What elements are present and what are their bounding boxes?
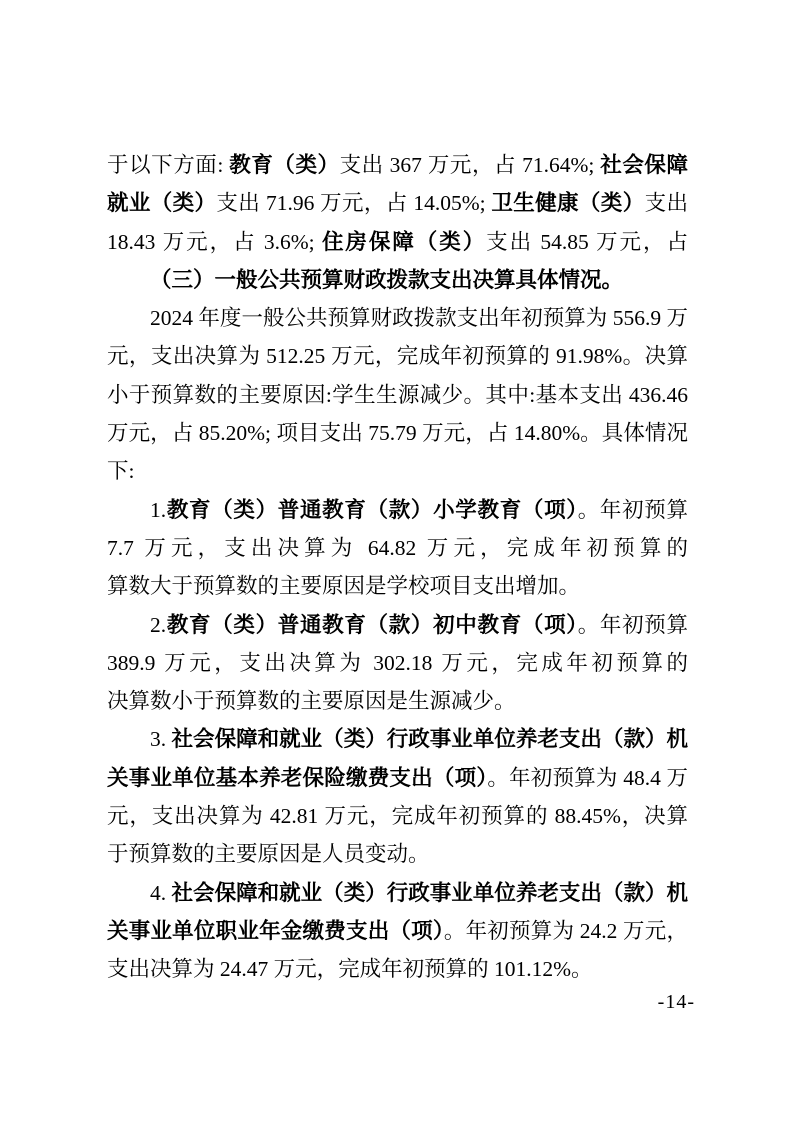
text-segment: 389.9 万元，支出决算为 302.18 万元，完成年初预算的 77.50%，	[107, 651, 688, 682]
text-line: 于预算数的主要原因是人员变动。	[107, 835, 688, 873]
text-segment-bold: 关事业单位基本养老保险缴费支出（项）	[107, 766, 487, 790]
text-line: 下:	[107, 452, 688, 490]
text-segment: 支出决算为 24.47 万元，完成年初预算的 101.12%。	[107, 957, 593, 981]
text-segment-bold: 教育（类）	[229, 153, 339, 177]
text-segment: 2024 年度一般公共预算财政拨款支出年初预算为 556.9 万	[150, 306, 688, 330]
document-body: 于以下方面: 教育（类）支出 367 万元，占 71.64%; 社会保障和 就业…	[107, 146, 688, 989]
text-line: 于以下方面: 教育（类）支出 367 万元，占 71.64%; 社会保障和	[107, 146, 688, 184]
text-segment: 万元，占 85.20%; 项目支出 75.79 万元，占 14.80%。具体情况…	[107, 421, 688, 452]
text-line: 元，支出决算为 512.25 万元，完成年初预算的 91.98%。决算数	[107, 337, 688, 375]
text-segment: 。年初预算为 48.4 万	[487, 766, 688, 790]
text-segment-bold: 社会保障和就业（类）行政事业单位养老支出（款）机	[172, 727, 688, 751]
page-number: -14-	[658, 991, 695, 1014]
text-segment-bold: 教育（类）普通教育（款）初中教育（项）	[166, 613, 578, 637]
text-line: 就业（类）支出 71.96 万元，占 14.05%; 卫生健康（类）支出	[107, 184, 688, 222]
text-segment: 决算数小于预算数的主要原因是生源减少。	[107, 689, 516, 713]
text-segment-bold: （三）一般公共预算财政拨款支出决算具体情况。	[150, 268, 623, 292]
text-segment: 支出	[645, 191, 688, 215]
section-heading: （三）一般公共预算财政拨款支出决算具体情况。	[107, 261, 688, 299]
list-item-3: 3. 社会保障和就业（类）行政事业单位养老支出（款）机	[107, 720, 688, 758]
text-line: 决算数小于预算数的主要原因是生源减少。	[107, 682, 688, 720]
text-segment: 2.	[150, 613, 166, 637]
list-item-2: 2.教育（类）普通教育（款）初中教育（项）。年初预算为	[107, 606, 688, 644]
text-segment: 于以下方面:	[107, 153, 229, 177]
text-segment: 支出 71.96 万元，占 14.05%;	[216, 191, 491, 215]
document-page: 于以下方面: 教育（类）支出 367 万元，占 71.64%; 社会保障和 就业…	[0, 0, 793, 1122]
text-line: 18.43 万元，占 3.6%; 住房保障（类）支出 54.85 万元，占 10…	[107, 223, 688, 261]
text-segment: 支出 367 万元，占 71.64%;	[340, 153, 601, 177]
text-line: 元，支出决算为 42.81 万元，完成年初预算的 88.45%，决算数小	[107, 797, 688, 835]
text-segment: 下:	[107, 459, 134, 483]
text-segment: 4.	[150, 881, 172, 905]
text-segment: 3.	[150, 727, 172, 751]
text-line: 2024 年度一般公共预算财政拨款支出年初预算为 556.9 万	[107, 299, 688, 337]
text-segment: 18.43 万元，占 3.6%;	[107, 230, 322, 254]
text-line: 支出决算为 24.47 万元，完成年初预算的 101.12%。	[107, 950, 688, 988]
text-segment-bold: 住房保障（类）	[322, 230, 486, 254]
text-segment-bold: 教育（类）普通教育（款）小学教育（项）	[166, 498, 578, 522]
text-segment: 。年初预算为 24.2 万元，	[444, 919, 688, 943]
text-segment: 7.7 万元，支出决算为 64.82 万元，完成年初预算的 841.82%，决	[107, 536, 688, 567]
text-line: 小于预算数的主要原因:学生生源减少。其中:基本支出 436.46	[107, 376, 688, 414]
text-segment: 元，支出决算为 512.25 万元，完成年初预算的 91.98%。决算数	[107, 344, 688, 375]
text-segment-bold: 就业（类）	[107, 191, 216, 215]
text-line: 万元，占 85.20%; 项目支出 75.79 万元，占 14.80%。具体情况…	[107, 414, 688, 452]
text-line: 关事业单位职业年金缴费支出（项）。年初预算为 24.2 万元，	[107, 912, 688, 950]
text-line: 算数大于预算数的主要原因是学校项目支出增加。	[107, 567, 688, 605]
text-segment: 1.	[150, 498, 166, 522]
text-line: 389.9 万元，支出决算为 302.18 万元，完成年初预算的 77.50%，	[107, 644, 688, 682]
text-segment: 于预算数的主要原因是人员变动。	[107, 842, 430, 866]
text-segment: 算数大于预算数的主要原因是学校项目支出增加。	[107, 574, 580, 598]
text-line: 7.7 万元，支出决算为 64.82 万元，完成年初预算的 841.82%，决	[107, 529, 688, 567]
text-segment-bold: 关事业单位职业年金缴费支出（项）	[107, 919, 444, 943]
text-segment: 小于预算数的主要原因:学生生源减少。其中:基本支出 436.46	[107, 383, 688, 407]
text-segment: 元，支出决算为 42.81 万元，完成年初预算的 88.45%，决算数小	[107, 804, 688, 835]
text-segment-bold: 卫生健康（类）	[491, 191, 644, 215]
text-line: 关事业单位基本养老保险缴费支出（项）。年初预算为 48.4 万	[107, 759, 688, 797]
list-item-4: 4. 社会保障和就业（类）行政事业单位养老支出（款）机	[107, 874, 688, 912]
list-item-1: 1.教育（类）普通教育（款）小学教育（项）。年初预算为	[107, 491, 688, 529]
text-segment-bold: 社会保障和就业（类）行政事业单位养老支出（款）机	[172, 881, 688, 905]
